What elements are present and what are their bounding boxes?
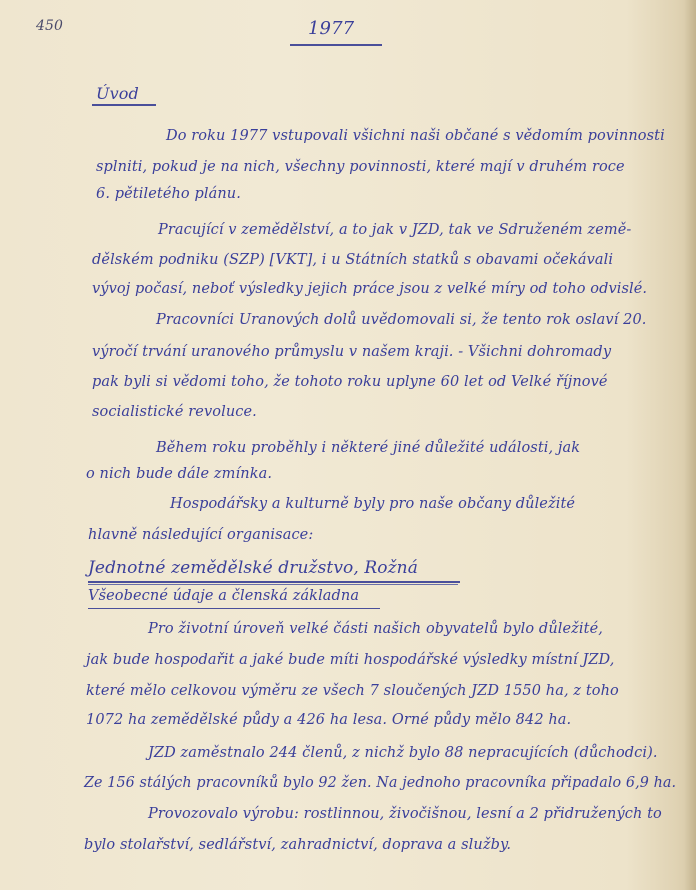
text-line: dělském podniku (SZP) [VKT], i u Státníc… (92, 252, 613, 268)
text-line: bylo stolařství, sedlářství, zahradnictv… (84, 837, 511, 853)
text-line: jak bude hospodařit a jaké bude míti hos… (86, 652, 614, 668)
text-line: hlavně následující organisace: (88, 527, 313, 543)
year-heading: 1977 (308, 18, 354, 39)
text-line: Během roku proběhly i některé jiné důlež… (156, 440, 580, 456)
text-line: JZD zaměstnalo 244 členů, z nichž bylo 8… (148, 745, 658, 761)
text-line: Pracovníci Uranových dolů uvědomovali si… (156, 312, 647, 328)
text-line: Pro životní úroveň velké části našich ob… (148, 621, 603, 637)
organization-underline (88, 581, 460, 583)
year-underline (290, 44, 382, 46)
text-line: Hospodářsky a kulturně byly pro naše obč… (170, 496, 575, 512)
text-line: Ze 156 stálých pracovníků bylo 92 žen. N… (84, 775, 676, 791)
handwritten-chronicle-page: 450 1977 Úvod Do roku 1977 vstupovali vš… (0, 0, 696, 890)
organization-heading: Jednotné zemědělské družstvo, Rožná (88, 558, 418, 578)
intro-heading: Úvod (96, 84, 139, 103)
page-number: 450 (36, 18, 63, 34)
text-line: o nich bude dále zmínka. (86, 466, 272, 482)
text-line: Pracující v zemědělství, a to jak v JZD,… (158, 222, 631, 238)
text-line: Provozovalo výrobu: rostlinnou, živočišn… (148, 806, 662, 822)
text-line: pak byli si vědomi toho, že tohoto roku … (92, 374, 608, 390)
page-fold-shadow (684, 0, 696, 890)
organization-underline-second (88, 584, 458, 585)
text-line: socialistické revoluce. (92, 404, 257, 420)
text-line: 6. pětiletého plánu. (96, 186, 241, 202)
text-line: Do roku 1977 vstupovali všichni naši obč… (166, 128, 665, 144)
text-line: splniti, pokud je na nich, všechny povin… (96, 159, 625, 175)
text-line: výročí trvání uranového průmyslu v našem… (92, 344, 611, 360)
text-line: vývoj počasí, neboť výsledky jejich prác… (92, 281, 647, 297)
organization-subheading: Všeobecné údaje a členská základna (88, 588, 359, 604)
intro-underline (92, 104, 156, 106)
text-line: 1072 ha zemědělské půdy a 426 ha lesa. O… (86, 712, 571, 728)
subheading-underline (88, 608, 380, 609)
text-line: které mělo celkovou výměru ze všech 7 sl… (86, 683, 619, 699)
